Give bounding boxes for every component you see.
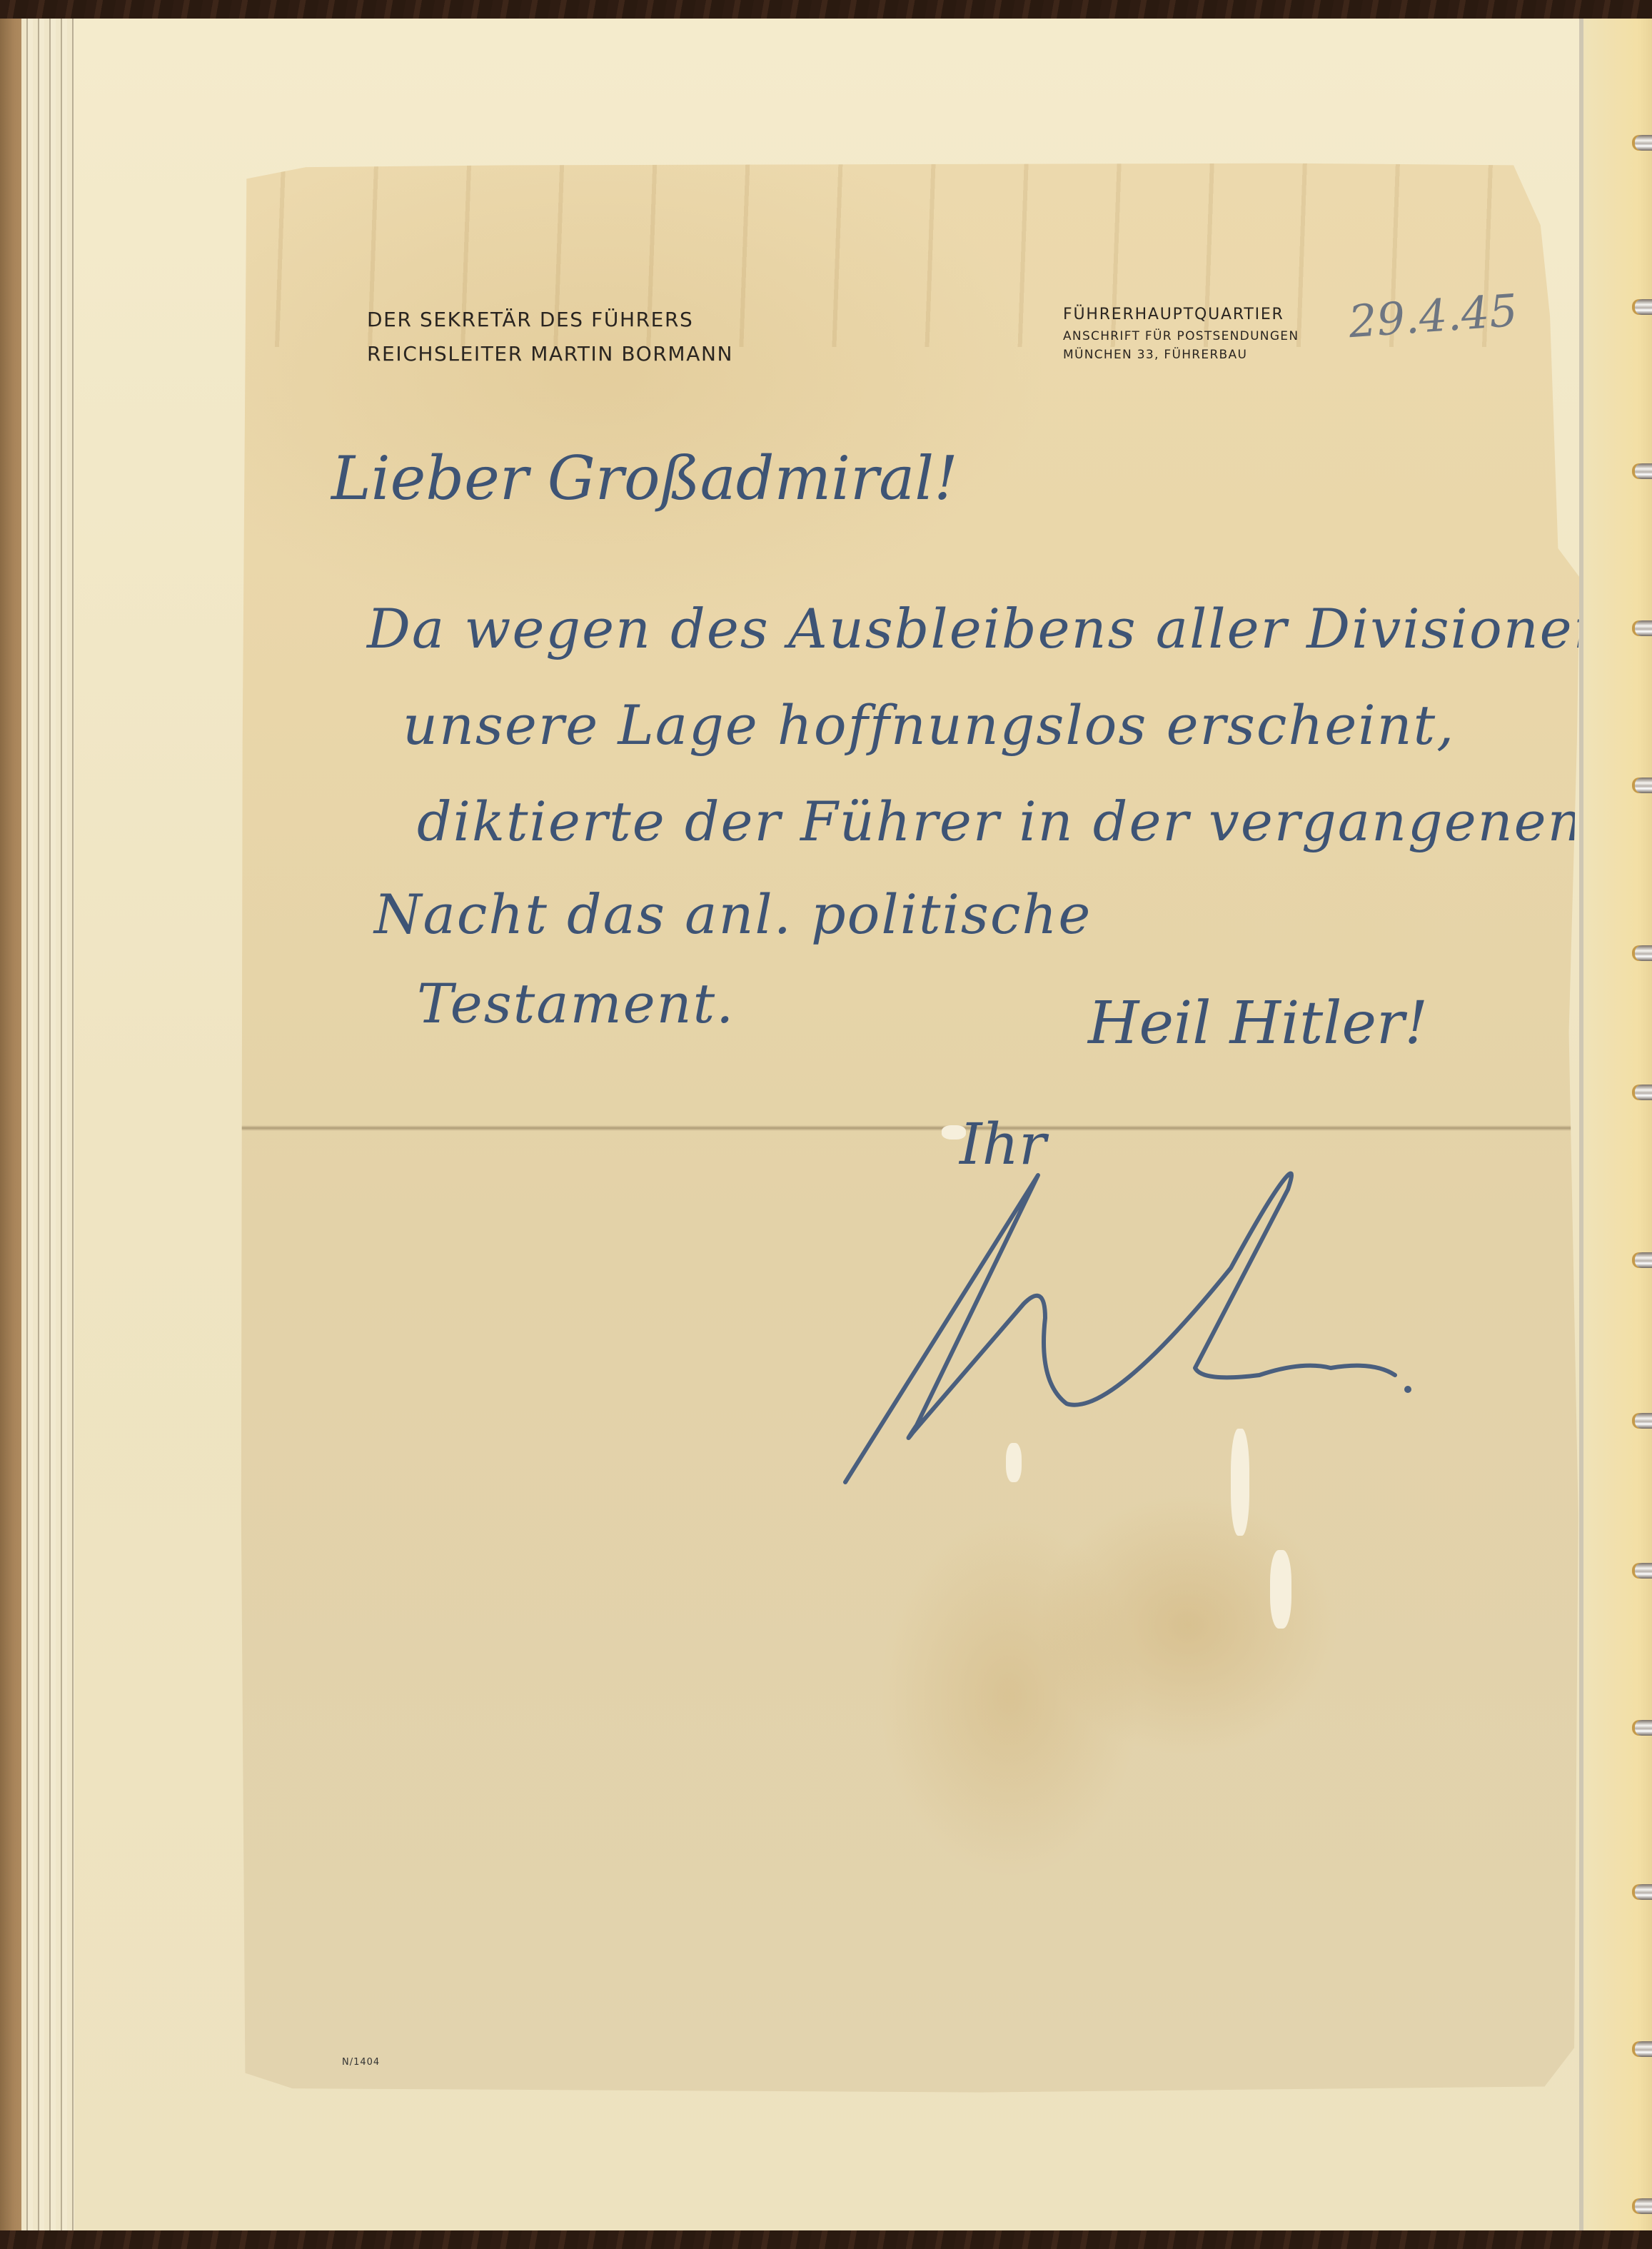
binder-ring — [1635, 1720, 1652, 1736]
body-line: unsere Lage hoffnungslos erscheint, — [403, 693, 1455, 757]
binder-ring — [1635, 1252, 1652, 1268]
binder-ring — [1635, 945, 1652, 961]
leather-binding-top — [0, 0, 1652, 19]
letter-sheet: DER SEKRETÄR DES FÜHRERS REICHSLEITER MA… — [238, 161, 1588, 2096]
tear-hole — [1006, 1443, 1022, 1482]
binder-ring — [1635, 620, 1652, 636]
tear-hole — [1231, 1429, 1249, 1536]
binder-ring — [1635, 778, 1652, 793]
album-page: DER SEKRETÄR DES FÜHRERS REICHSLEITER MA… — [74, 19, 1623, 2230]
salutation: Lieber Großadmiral! — [331, 443, 958, 513]
letterhead-address: FÜHRERHAUPTQUARTIER ANSCHRIFT FÜR POSTSE… — [1063, 303, 1299, 364]
binder-ring — [1635, 2198, 1652, 2214]
body-line: Testament. — [417, 972, 735, 1035]
binder-ring — [1635, 1085, 1652, 1100]
letterhead-postal-address: MÜNCHEN 33, FÜHRERBAU — [1063, 346, 1299, 364]
closing-greeting: Heil Hitler! — [1088, 990, 1428, 1057]
body-line: Nacht das anl. politische — [374, 882, 1092, 946]
catalog-number: N/1404 — [342, 2057, 380, 2068]
binder-ring — [1635, 463, 1652, 479]
binder-ring — [1635, 299, 1652, 315]
binder-ring — [1635, 1563, 1652, 1579]
letterhead-title: DER SEKRETÄR DES FÜHRERS — [367, 303, 733, 337]
letterhead-postal-label: ANSCHRIFT FÜR POSTSENDUNGEN — [1063, 327, 1299, 346]
album-cover-edge — [0, 19, 23, 2230]
page-stack-edges — [21, 19, 76, 2230]
body-line: Da wegen des Ausbleibens aller Divisione… — [367, 597, 1610, 660]
letterhead-sender: DER SEKRETÄR DES FÜHRERS REICHSLEITER MA… — [367, 303, 733, 371]
binder-ring — [1635, 2041, 1652, 2057]
fold-crease — [238, 1125, 1588, 1131]
binder-ring — [1635, 1413, 1652, 1429]
binder-ring — [1635, 135, 1652, 151]
binder-ring — [1635, 1884, 1652, 1900]
letterhead-name: REICHSLEITER MARTIN BORMANN — [367, 337, 733, 371]
body-line: diktierte der Führer in der vergangenen — [417, 790, 1584, 853]
signature — [831, 1147, 1545, 1504]
letterhead-headquarters: FÜHRERHAUPTQUARTIER — [1063, 303, 1299, 327]
tear-hole — [1270, 1550, 1291, 1629]
leather-binding-bottom — [0, 2230, 1652, 2249]
